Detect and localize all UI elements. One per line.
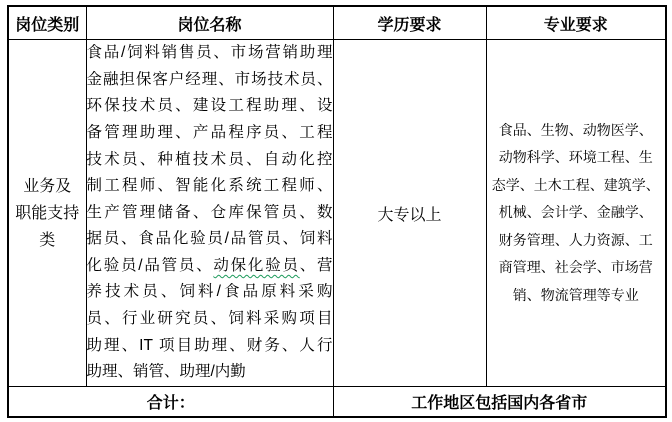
header-cell-position-name: 岗位名称 <box>86 6 333 40</box>
header-cell-category: 岗位类别 <box>8 6 86 40</box>
page: 岗位类别 岗位名称 学历要求 专业要求 业务及职能支持类 食品/饲料销售员、市场… <box>0 0 672 422</box>
spellcheck-squiggle-word: 动保化验员 <box>213 257 299 274</box>
header-cell-major-requirement: 专业要求 <box>486 6 666 40</box>
footer-row: 合计： 工作地区包括国内各省市 <box>8 387 666 418</box>
job-positions-table: 岗位类别 岗位名称 学历要求 专业要求 业务及职能支持类 食品/饲料销售员、市场… <box>7 5 667 418</box>
body-row: 业务及职能支持类 食品/饲料销售员、市场营销助理金融担保客户经理、市场技术员、环… <box>8 40 666 387</box>
header-cell-education-requirement: 学历要求 <box>333 6 486 40</box>
cell-work-area-note: 工作地区包括国内各省市 <box>333 387 666 418</box>
header-row: 岗位类别 岗位名称 学历要求 专业要求 <box>8 6 666 40</box>
cell-position-names: 食品/饲料销售员、市场营销助理金融担保客户经理、市场技术员、环保技术员、建设工程… <box>86 40 333 387</box>
cell-total-label: 合计： <box>8 387 333 418</box>
cell-education: 大专以上 <box>333 40 486 387</box>
cell-majors: 食品、生物、动物医学、动物科学、环境工程、生态学、土木工程、建筑学、机械、会计学… <box>486 40 666 387</box>
cell-category: 业务及职能支持类 <box>8 40 86 387</box>
